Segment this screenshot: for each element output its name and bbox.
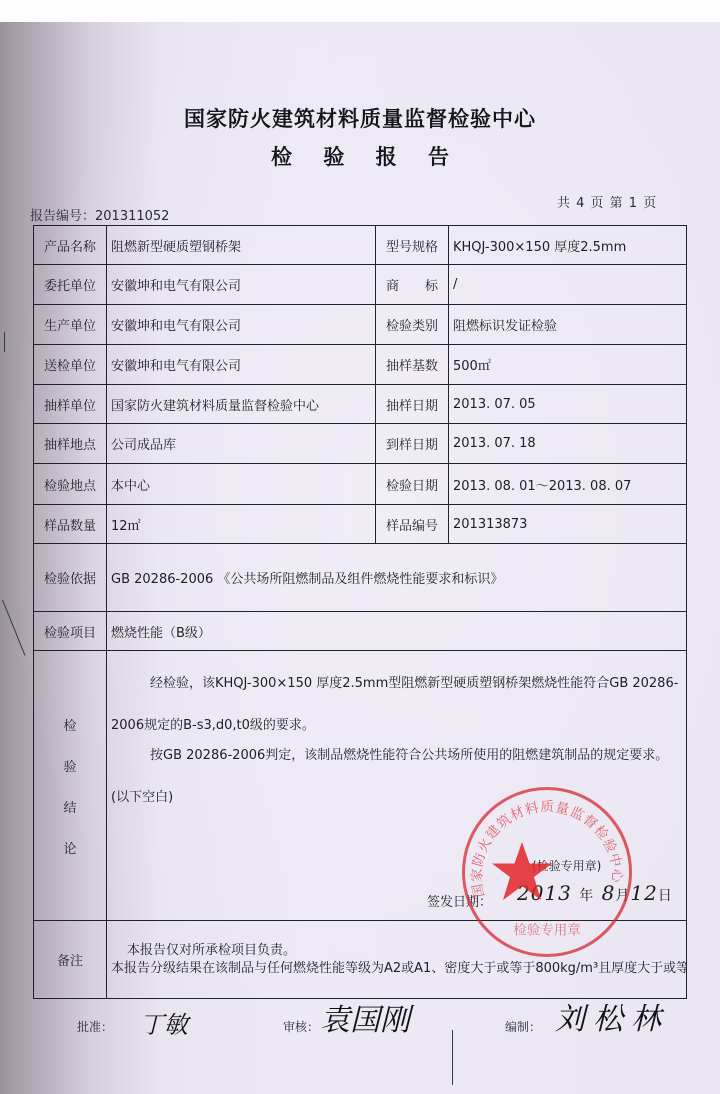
inspection-date-value: 2013. 08. 01～2013. 08. 07	[449, 464, 687, 505]
table-row: 抽样地点 公司成品库 到样日期 2013. 07. 18	[34, 424, 687, 464]
field-label: 检验地点	[34, 464, 107, 505]
field-label: 抽样日期	[376, 385, 449, 424]
conclusion-label-char: 结	[63, 797, 76, 816]
inspection-item-value: 燃烧性能（B级）	[107, 612, 687, 651]
trademark-value: /	[449, 265, 687, 305]
manufacturer-value: 安徽坤和电气有限公司	[107, 305, 376, 345]
conclusion-label: 检 验 结 论	[34, 651, 107, 921]
table-row: 检验依据 GB 20286-2006 《公共场所阻燃制品及组件燃烧性能要求和标识…	[34, 544, 687, 612]
signature-stroke	[452, 1030, 453, 1085]
document-title: 检 验 报 告	[0, 141, 720, 171]
field-label: 抽样地点	[34, 424, 107, 464]
field-label: 产品名称	[34, 226, 107, 265]
arrival-date-value: 2013. 07. 18	[449, 424, 687, 464]
conclusion-label-char: 验	[63, 756, 76, 775]
field-label: 检验日期	[376, 464, 449, 505]
table-row: 生产单位 安徽坤和电气有限公司 检验类别 阻燃标识发证检验	[34, 305, 687, 345]
conclusion-body: 经检验，该KHQJ-300×150 厚度2.5mm型阻燃新型硬质塑钢桥架燃烧性能…	[107, 651, 687, 921]
issue-date-handwritten: 2013 年 8月12日	[517, 881, 673, 905]
conclusion-label-char: 检	[63, 715, 76, 734]
remarks-row: 备注 本报告仅对所承检项目负责。 本报告分级结果在该制品与任何燃烧性能等级为A2…	[34, 921, 687, 999]
field-label: 检验类别	[376, 305, 449, 345]
report-number: 报告编号：201311052	[30, 205, 169, 224]
remarks-body: 本报告仅对所承检项目负责。 本报告分级结果在该制品与任何燃烧性能等级为A2或A1…	[107, 921, 687, 999]
field-label: 送检单位	[34, 345, 107, 385]
conclusion-paragraph: 按GB 20286-2006判定，该制品燃烧性能符合公共场所使用的阻燃建筑制品的…	[111, 735, 681, 819]
field-label: 商 标	[376, 265, 449, 305]
approve-signature: 丁敏	[140, 1005, 188, 1040]
approve-label: 批准：	[77, 1018, 113, 1035]
stamp-label: (检验专用章)	[532, 857, 601, 874]
report-number-value: 201311052	[95, 209, 169, 224]
table-row: 检验地点 本中心 检验日期 2013. 08. 01～2013. 08. 07	[34, 464, 687, 505]
conclusion-row: 检 验 结 论 经检验，该KHQJ-300×150 厚度2.5mm型阻燃新型硬质…	[34, 651, 687, 921]
review-label: 审核：	[283, 1018, 319, 1035]
sampling-unit-value: 国家防火建筑材料质量监督检验中心	[107, 385, 376, 424]
issue-month: 8	[602, 881, 616, 905]
field-label: 检验项目	[34, 612, 107, 651]
year-unit: 年	[579, 888, 594, 904]
inspection-location-value: 本中心	[107, 464, 376, 505]
field-label: 样品编号	[376, 505, 449, 544]
table-row: 产品名称 阻燃新型硬质塑钢桥架 型号规格 KHQJ-300×150 厚度2.5m…	[34, 226, 687, 265]
field-label: 抽样基数	[376, 345, 449, 385]
field-label: 样品数量	[34, 505, 107, 544]
table-row: 抽样单位 国家防火建筑材料质量监督检验中心 抽样日期 2013. 07. 05	[34, 385, 687, 424]
remarks-label: 备注	[34, 921, 107, 999]
sampling-base-value: 500㎡	[449, 345, 687, 385]
client-value: 安徽坤和电气有限公司	[107, 265, 376, 305]
field-label: 型号规格	[376, 226, 449, 265]
field-label: 委托单位	[34, 265, 107, 305]
issue-date-label: 签发日期：	[427, 891, 492, 910]
inspection-basis-value: GB 20286-2006 《公共场所阻燃制品及组件燃烧性能要求和标识》	[107, 544, 687, 612]
remarks-line: 本报告仅对所承检项目负责。	[111, 942, 682, 960]
remarks-line: 本报告分级结果在该制品与任何燃烧性能等级为A2或A1、密度大于或等于800kg/…	[111, 960, 682, 978]
table-row: 委托单位 安徽坤和电气有限公司 商 标 /	[34, 265, 687, 305]
submitter-value: 安徽坤和电气有限公司	[107, 345, 376, 385]
report-number-label: 报告编号：	[30, 209, 95, 224]
organization-title: 国家防火建筑材料质量监督检验中心	[0, 103, 720, 133]
inspection-type-value: 阻燃标识发证检验	[449, 305, 687, 345]
product-name-value: 阻燃新型硬质塑钢桥架	[107, 226, 376, 265]
issue-year: 2013	[517, 881, 572, 905]
field-label: 生产单位	[34, 305, 107, 345]
issue-day: 12	[630, 881, 657, 905]
compile-signature: 刘松林	[555, 994, 669, 1038]
review-signature: 袁国刚	[320, 995, 410, 1039]
sample-number-value: 201313873	[449, 505, 687, 544]
month-unit: 月	[615, 888, 630, 904]
page-info: 共 4 页 第 1 页	[557, 192, 657, 211]
sample-quantity-value: 12㎡	[107, 505, 376, 544]
field-label: 到样日期	[376, 424, 449, 464]
margin-mark	[4, 332, 5, 352]
compile-label: 编制：	[505, 1018, 541, 1035]
sampling-location-value: 公司成品库	[107, 424, 376, 464]
conclusion-label-char: 论	[63, 838, 76, 857]
field-label: 抽样单位	[34, 385, 107, 424]
table-row: 样品数量 12㎡ 样品编号 201313873	[34, 505, 687, 544]
model-spec-value: KHQJ-300×150 厚度2.5mm	[449, 226, 687, 265]
sampling-date-value: 2013. 07. 05	[449, 385, 687, 424]
table-row: 检验项目 燃烧性能（B级）	[34, 612, 687, 651]
report-table: 产品名称 阻燃新型硬质塑钢桥架 型号规格 KHQJ-300×150 厚度2.5m…	[33, 225, 687, 999]
table-row: 送检单位 安徽坤和电气有限公司 抽样基数 500㎡	[34, 345, 687, 385]
day-unit: 日	[658, 888, 673, 904]
field-label: 检验依据	[34, 544, 107, 612]
